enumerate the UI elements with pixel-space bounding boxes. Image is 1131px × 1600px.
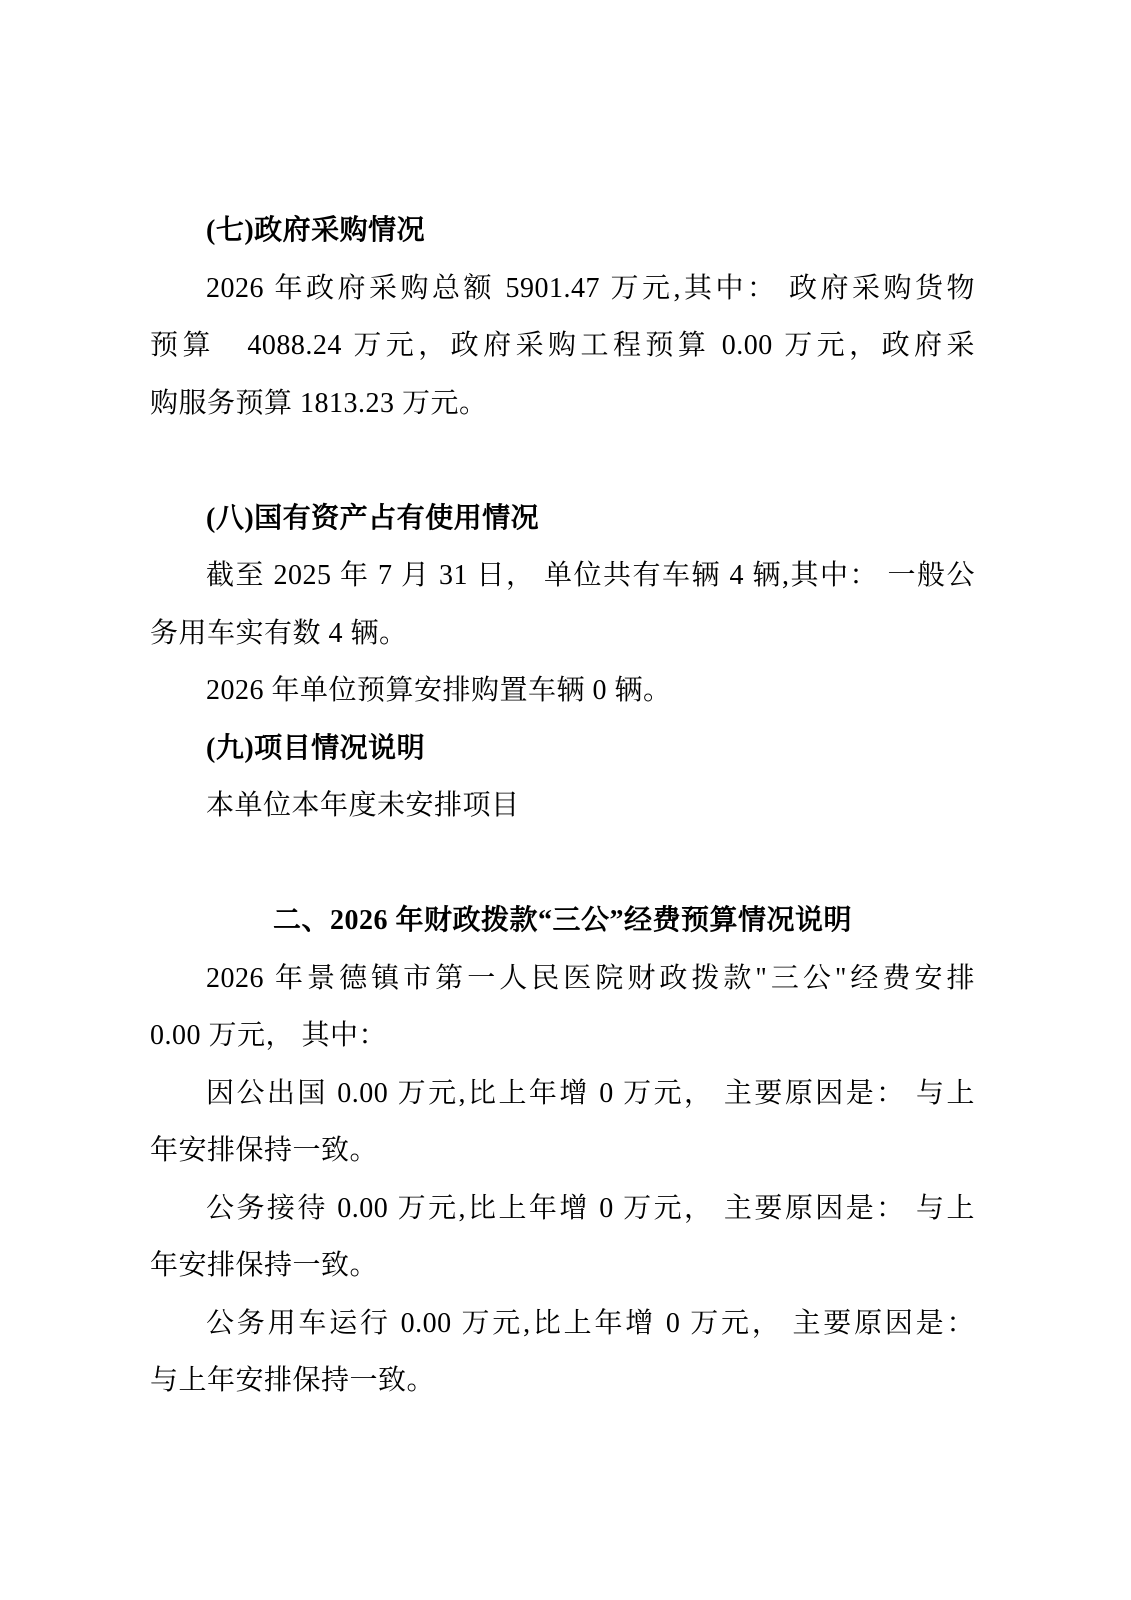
paragraph-line: 公务用车运行 0.00 万元,比上年增 0 万元， 主要原因是： (150, 1295, 975, 1353)
paragraph-line: 务用车实有数 4 辆。 (150, 605, 975, 663)
paragraph-line: 公务接待 0.00 万元,比上年增 0 万元， 主要原因是： 与上 (150, 1180, 975, 1238)
paragraph-line: 2026 年景德镇市第一人民医院财政拨款"三公"经费安排 (150, 950, 975, 1008)
document-page: (七)政府采购情况2026 年政府采购总额 5901.47 万元,其中： 政府采… (0, 0, 1131, 1600)
paragraph-line: 0.00 万元， 其中： (150, 1007, 975, 1065)
blank-line (150, 432, 975, 490)
section-heading: (八)国有资产占有使用情况 (150, 490, 975, 548)
paragraph-line: 与上年安排保持一致。 (150, 1352, 975, 1410)
paragraph-line: 年安排保持一致。 (150, 1122, 975, 1180)
section-heading: (七)政府采购情况 (150, 202, 975, 260)
document-body: (七)政府采购情况2026 年政府采购总额 5901.47 万元,其中： 政府采… (0, 0, 1131, 1410)
paragraph-line: 购服务预算 1813.23 万元。 (150, 375, 975, 433)
paragraph-line: 截至 2025 年 7 月 31 日， 单位共有车辆 4 辆,其中： 一般公 (150, 547, 975, 605)
paragraph-line: 本单位本年度未安排项目 (150, 777, 975, 835)
paragraph-line: 预算 4088.24 万元，政府采购工程预算 0.00 万元，政府采 (150, 317, 975, 375)
blank-line (150, 835, 975, 893)
section-heading: (九)项目情况说明 (150, 720, 975, 778)
paragraph-line: 因公出国 0.00 万元,比上年增 0 万元， 主要原因是： 与上 (150, 1065, 975, 1123)
paragraph-line: 年安排保持一致。 (150, 1237, 975, 1295)
section-heading: 二、2026 年财政拨款“三公”经费预算情况说明 (150, 892, 975, 950)
paragraph-line: 2026 年单位预算安排购置车辆 0 辆。 (150, 662, 975, 720)
paragraph-line: 2026 年政府采购总额 5901.47 万元,其中： 政府采购货物 (150, 260, 975, 318)
